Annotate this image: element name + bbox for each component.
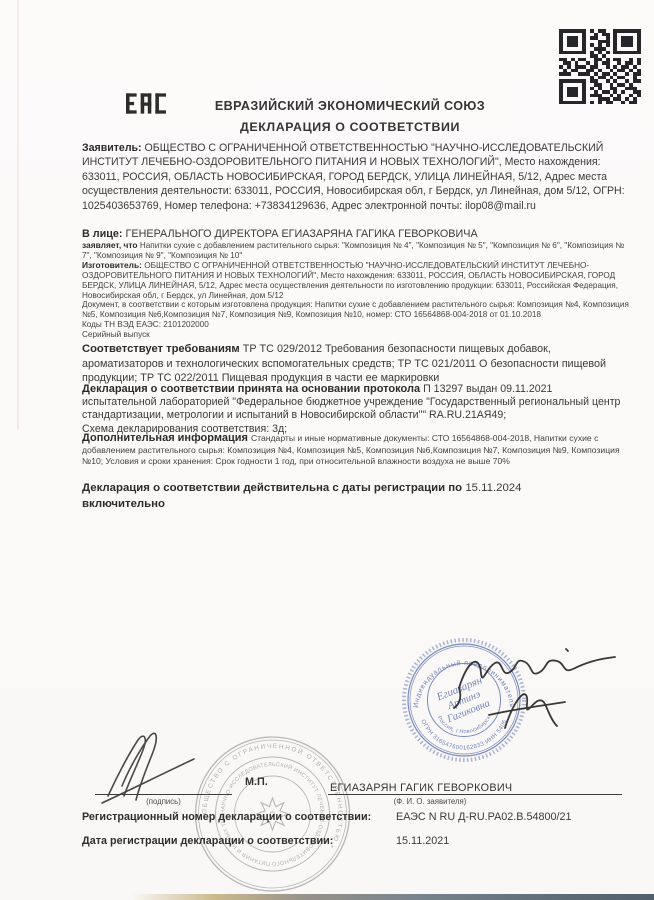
union-title: ЕВРАЗИЙСКИЙ ЭКОНОМИЧЕСКИЙ СОЮЗ <box>165 99 535 113</box>
bold-run: заявляет, что <box>82 240 140 250</box>
scan-edge-artifact <box>17 0 19 430</box>
registration-date-label: Дата регистрации декларации о соответств… <box>82 835 333 847</box>
bold-run: включительно <box>82 498 165 510</box>
registration-number-label: Регистрационный номер декларации о соотв… <box>82 811 371 823</box>
text-run: 15.11.2024 <box>465 482 521 494</box>
signatory-name: ЕГИАЗАРЯН ГАГИК ГЕВОРКОВИЧ <box>330 782 512 794</box>
registration-date-value: 15.11.2021 <box>396 835 449 847</box>
text-run: ОБЩЕСТВО С ОГРАНИЧЕННОЙ ОТВЕТСТВЕННОСТЬЮ… <box>82 261 629 339</box>
seal-place-label: М.П. <box>245 776 268 788</box>
bold-run: В лице: <box>82 228 126 240</box>
validity-paragraph: Декларация о соответствии действительна … <box>82 480 622 512</box>
bold-run: Дополнительная информация <box>82 432 251 444</box>
bold-run: Декларация о соответствии принята на осн… <box>82 383 423 395</box>
eac-logo <box>126 85 166 122</box>
header-titles: ЕВРАЗИЙСКИЙ ЭКОНОМИЧЕСКИЙ СОЮЗ ДЕКЛАРАЦИ… <box>165 99 535 134</box>
bold-run: Заявитель: <box>82 142 145 154</box>
declares-paragraph: заявляет, что Напитки сухие с добавление… <box>82 241 631 340</box>
applicant-paragraph: Заявитель: ОБЩЕСТВО С ОГРАНИЧЕННОЙ ОТВЕТ… <box>82 141 625 213</box>
text-run: ОБЩЕСТВО С ОГРАНИЧЕННОЙ ОТВЕТСТВЕННОСТЬЮ… <box>82 142 625 212</box>
declaration-document-page: ЕВРАЗИЙСКИЙ ЭКОНОМИЧЕСКИЙ СОЮЗ ДЕКЛАРАЦИ… <box>0 0 654 900</box>
text-run: ГЕНЕРАЛЬНОГО ДИРЕКТОРА ЕГИАЗАРЯНА ГАГИКА… <box>126 228 478 240</box>
signatory-name-caption: (Ф. И. О. заявителя) <box>330 797 530 806</box>
applicant-signature <box>98 712 210 807</box>
in-person-line: В лице: ГЕНЕРАЛЬНОГО ДИРЕКТОРА ЕГИАЗАРЯН… <box>82 227 625 241</box>
text-run: Напитки сухие с добавлением растительног… <box>82 241 624 260</box>
signatory-name-line <box>328 794 622 795</box>
bold-run: Соответствует требованиям <box>82 343 243 355</box>
bold-run: Декларация о соответствии действительна … <box>82 482 465 494</box>
director-signature <box>445 628 630 743</box>
scan-bottom-edge-artifact <box>0 894 654 900</box>
registration-number-value: ЕАЭС N RU Д-RU.РА02.В.54800/21 <box>396 811 572 823</box>
protocol-paragraph: Декларация о соответствии принята на осн… <box>82 383 622 436</box>
requirements-paragraph: Соответствует требованиям ТР ТС 029/2012… <box>82 342 622 386</box>
signature-caption: (подпись) <box>95 797 232 806</box>
document-title: ДЕКЛАРАЦИЯ О СООТВЕТСТВИИ <box>165 120 535 134</box>
qr-module <box>637 101 641 105</box>
bold-run: Изготовитель: <box>82 260 144 270</box>
qr-code <box>559 29 641 104</box>
additional-info-paragraph: Дополнительная информация Стандарты и ин… <box>82 433 627 468</box>
signature-line <box>95 794 232 795</box>
